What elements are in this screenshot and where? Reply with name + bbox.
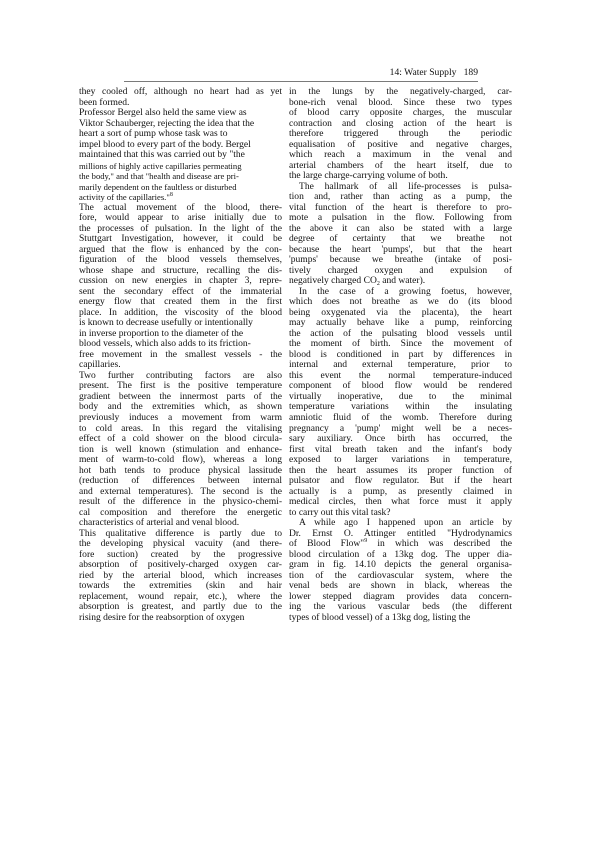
line-text: previously induces a movement from warm — [79, 412, 282, 423]
line-text: of blood carry opposite charges, the mus… — [289, 107, 512, 118]
line-text: bone-rich venal blood. Since these two t… — [289, 97, 512, 108]
line-text: equalisation of positive and negative ch… — [289, 139, 512, 150]
line-text: sent the secondary effect of the immater… — [79, 286, 282, 297]
line-text: tion is well known (stimulation and enha… — [79, 444, 282, 455]
line-text: then the heart assumes its proper functi… — [289, 465, 512, 476]
line-text: to cold areas. In this regard the vitali… — [79, 423, 282, 434]
line-text: component of blood flow would be rendere… — [289, 380, 512, 391]
line-text: The hallmark of all life-processes is pu… — [299, 181, 512, 192]
line-text: maintained that this was carried out by … — [79, 149, 245, 160]
line-text: rising desire for the reabsorption of ox… — [79, 612, 244, 623]
line-text: millions of highly active capillaries pe… — [79, 161, 242, 171]
line-text: mote a pulsation in the flow. Following … — [289, 212, 512, 223]
line-text: blood vessels, which also adds to its fr… — [79, 338, 251, 349]
line-text: impel blood to every part of the body. B… — [79, 139, 251, 150]
running-header: 14: Water Supply 189 — [124, 66, 478, 82]
line-text: place. In addition, the viscosity of the… — [79, 307, 282, 318]
line-text: the moment of birth. Since the movement … — [289, 338, 512, 349]
line-text: result of the difference in the physico-… — [79, 496, 282, 507]
line-text: whose shape and structure, recalling the… — [79, 265, 282, 276]
line-text: In the case of a growing foetus, however… — [299, 286, 512, 297]
line-text-continuation: in which was described the — [367, 538, 512, 549]
line-text: pulsator and flow regulator. But if the … — [289, 475, 512, 486]
line-text: vital function of the heart is therefore… — [289, 202, 512, 213]
line-text: absorption is greatest, and partly due t… — [79, 601, 282, 612]
line-text: the processes of pulsation. In the light… — [79, 223, 282, 234]
line-text: present. The first is the positive tempe… — [79, 380, 282, 391]
chapter-title: 14: Water Supply — [390, 67, 457, 78]
line-text: (reduction of differences between intern… — [79, 475, 282, 486]
line-text-continuation: and water). — [380, 275, 425, 286]
line-text: characteristics of arterial and venal bl… — [79, 517, 239, 528]
line-text: ing the various vascular beds (the diffe… — [289, 601, 512, 612]
line-text: amniotic fluid of the womb. Therefore du… — [289, 412, 512, 423]
line-text: ment of warm-to-cold flow), whereas a lo… — [79, 454, 282, 465]
footnote-reference: 8 — [170, 192, 173, 198]
right-text-column: in the lungs by the negatively-charged, … — [289, 87, 512, 623]
line-text: medical circles, then what force must it… — [289, 496, 512, 507]
line-text: A while ago I happened upon an article b… — [299, 517, 512, 528]
line-text: lower stepped diagram provides data conc… — [289, 591, 512, 602]
line-text: the developing physical vacuity (and the… — [79, 538, 282, 549]
line-text: types of blood vessel) of a 13kg dog, li… — [289, 612, 470, 623]
line-text: because the heart 'pumps', but that the … — [289, 244, 512, 255]
page-number: 189 — [464, 67, 478, 78]
line-text: being oxygenated via the placenta), the … — [289, 307, 512, 318]
line-text: Two further contributing factors are als… — [79, 370, 282, 381]
line-text: this event the normal temperature-induce… — [289, 370, 512, 381]
line-text: gradient between the innermost parts of … — [79, 391, 282, 402]
line-text: absorption of positively-charged oxygen … — [79, 559, 282, 570]
text-line: the body," and that "health and disease … — [79, 171, 282, 182]
line-text: in inverse proportion to the diameter of… — [79, 328, 243, 339]
left-text-column: they cooled off, although no heart had a… — [79, 87, 282, 623]
line-text: argued that the flow is enhanced by the … — [79, 244, 282, 255]
line-text: been formed. — [79, 97, 129, 108]
line-text: cussion on new energies in chapter 3, re… — [79, 275, 282, 286]
line-text: blood circulation of a 13kg dog. The upp… — [289, 549, 512, 560]
line-text: fore suction) created by the progressive — [79, 549, 282, 560]
line-text: Professor Bergel also held the same view… — [79, 107, 247, 118]
line-text: 'pumps' because we breathe (intake of po… — [289, 254, 512, 265]
line-text: effect of a cold shower on the blood cir… — [79, 433, 282, 444]
line-text: the large charge-carrying volume of both… — [289, 170, 448, 181]
line-text: the above it can also be stated with a l… — [289, 223, 512, 234]
line-text: tion of the cardiovascular system, where… — [289, 570, 512, 581]
line-text: heart a sort of pump whose task was to — [79, 128, 227, 139]
line-text: actually is a pump, as presently claimed… — [289, 486, 512, 497]
line-text: and external temperatures). The second i… — [79, 486, 282, 497]
line-text: activity of the capillaries." — [79, 192, 170, 202]
line-text: is known to decrease usefully or intenti… — [79, 317, 253, 328]
line-text: first vital breath taken and the infant'… — [289, 444, 512, 455]
line-text: tion and, rather than acting as a pump, … — [289, 191, 512, 202]
line-text: body and the extremities which, as shown — [79, 401, 282, 412]
line-text: contraction and closing action of the he… — [289, 118, 512, 129]
line-text: energy flow that created them in the fir… — [79, 296, 282, 307]
line-text: which reach a maximum in the venal and — [289, 149, 512, 160]
line-text: may actually behave like a pump, reinfor… — [289, 317, 512, 328]
line-text: capillaries. — [79, 359, 121, 370]
line-text: temperature variations within the insula… — [289, 401, 512, 412]
text-line: rising desire for the reabsorption of ox… — [79, 613, 282, 624]
line-text: of Blood Flow" — [289, 538, 364, 549]
line-text: gram in fig. 14.10 depicts the general o… — [289, 559, 512, 570]
line-text: which does not breathe as we do (its blo… — [289, 296, 512, 307]
line-text: internal and external temperature, prior… — [289, 359, 512, 370]
line-text: tively charged oxygen and expulsion of — [289, 265, 512, 276]
text-line: types of blood vessel) of a 13kg dog, li… — [289, 613, 512, 624]
line-text: marily dependent on the faultless or dis… — [79, 182, 237, 192]
line-text: the body," and that "health and disease … — [79, 171, 239, 181]
line-text: virtually inoperative, due to the minima… — [289, 391, 512, 402]
line-text: sary auxiliary. Once birth has occurred,… — [289, 433, 512, 444]
line-text: free movement in the smallest vessels - … — [79, 349, 282, 360]
text-line: maintained that this was carried out by … — [79, 150, 282, 161]
line-text: negatively charged CO — [289, 275, 377, 286]
line-text: to carry out this vital task? — [289, 507, 391, 518]
running-header-text: 14: Water Supply 189 — [390, 67, 478, 78]
line-text: in the lungs by the negatively-charged, … — [289, 86, 512, 97]
text-line: marily dependent on the faultless or dis… — [79, 182, 282, 193]
line-text: towards the extremities (skin and hair — [79, 580, 282, 591]
line-text: fore, would appear to arise initially du… — [79, 212, 282, 223]
text-line: millions of highly active capillaries pe… — [79, 161, 282, 172]
line-text: the action of the pulsating blood vessel… — [289, 328, 512, 339]
line-text: hot bath tends to produce physical lassi… — [79, 465, 282, 476]
line-text: Stuttgart Investigation, however, it cou… — [79, 233, 282, 244]
line-text: Viktor Schauberger, rejecting the idea t… — [79, 118, 254, 129]
line-text: arterial chambers of the heart itself, d… — [289, 160, 512, 171]
line-text: figuration of the blood vessels themselv… — [79, 254, 282, 265]
line-text: This qualitative difference is partly du… — [79, 528, 282, 539]
line-text: therefore triggered through the periodic — [289, 128, 512, 139]
line-text: they cooled off, although no heart had a… — [79, 86, 282, 97]
line-text: degree of certainty that we breathe not — [289, 233, 512, 244]
line-text: exposed to larger variations in temperat… — [289, 454, 512, 465]
line-text: venal beds are shown in black, whereas t… — [289, 580, 512, 591]
line-text: cal composition and therefore the energe… — [79, 507, 282, 518]
line-text: The actual movement of the blood, there- — [79, 202, 282, 213]
line-text: pregnancy a 'pump' might well be a neces… — [289, 423, 512, 434]
line-text: replacement, wound repair, etc.), where … — [79, 591, 282, 602]
line-text: Dr. Ernst O. Attinger entitled "Hydrodyn… — [289, 528, 512, 539]
line-text: ried by the arterial blood, which increa… — [79, 570, 282, 581]
line-text: blood is conditioned in part by differen… — [289, 349, 512, 360]
